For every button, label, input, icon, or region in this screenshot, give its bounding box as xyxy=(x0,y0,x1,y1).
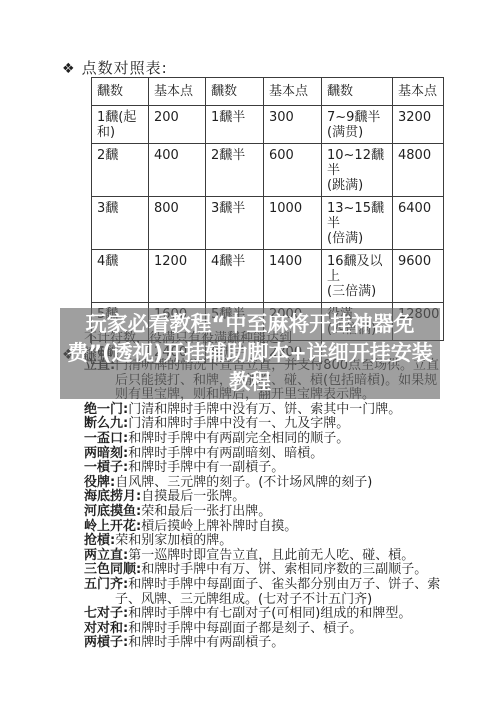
rule-term: 一盃口: xyxy=(84,431,128,446)
rule-item: 两槓子:和牌时手牌中有两副槓子。 xyxy=(84,636,450,651)
diamond-bullet-icon: ❖ xyxy=(62,61,76,77)
rule-item: 七对子:和牌时手牌中有七副对子(可相同)组成的和牌型。 xyxy=(84,607,450,622)
table-cell: 4飜 xyxy=(92,250,149,303)
points-table-header-row: 飜数基本点飜数基本点飜数基本点 xyxy=(92,78,444,106)
rule-term: 两立直: xyxy=(84,548,128,563)
table-cell: 9600 xyxy=(393,250,444,303)
rule-term: 两暗刻: xyxy=(84,446,128,461)
rule-definition: 和牌时手牌中有两副暗刻、暗槓。 xyxy=(128,446,323,461)
rule-definition: 和牌时手牌中每副面子、雀头都分别由万子、饼子、索子、风牌、三元牌组成。(七对子不… xyxy=(115,577,440,607)
table-row: 2飜4002飜半60010~12飜半 (跳满)4800 xyxy=(92,144,444,197)
rule-term: 五门齐: xyxy=(84,577,128,592)
table-cell: 1000 xyxy=(264,197,322,250)
table-cell: 7~9飜半 (满贯) xyxy=(322,106,393,144)
rule-term: 两槓子: xyxy=(84,635,128,650)
rule-definition: 和牌时手牌中有一副槓子。 xyxy=(128,460,284,475)
rule-item: 河底摸鱼:荣和最后一张打出牌。 xyxy=(84,505,450,520)
table-row: 3飜8003飜半100013~15飜半 (倍满)6400 xyxy=(92,197,444,250)
rule-definition: 和牌时手牌中有七副对子(可相同)组成的和牌型。 xyxy=(128,606,411,621)
rule-definition: 门清和牌时手牌中没有万、饼、索其中一门牌。 xyxy=(128,402,401,417)
table-cell: 4飜半 xyxy=(206,250,264,303)
table-cell: 1400 xyxy=(264,250,322,303)
table-cell: 2飜 xyxy=(92,144,149,197)
points-table-header-cell: 飜数 xyxy=(322,78,393,106)
document-page: ❖点数对照表: 飜数基本点飜数基本点飜数基本点 1飜(起和)2001飜半3007… xyxy=(0,0,500,707)
rule-definition: 荣和最后一张打出牌。 xyxy=(141,504,271,519)
rule-term: 绝一门: xyxy=(84,402,128,417)
points-table-header-cell: 基本点 xyxy=(264,78,322,106)
table-cell: 3200 xyxy=(393,106,444,144)
table-cell: 13~15飜半 (倍满) xyxy=(322,197,393,250)
rule-item: 海底捞月:自摸最后一张牌。 xyxy=(84,490,450,505)
table-cell: 400 xyxy=(149,144,206,197)
table-cell: 10~12飜半 (跳满) xyxy=(322,144,393,197)
points-table-header-cell: 基本点 xyxy=(149,78,206,106)
rule-definition: 和牌时手牌中有两副完全相同的顺子。 xyxy=(128,431,349,446)
rule-definition: 和牌时手牌中有两副槓子。 xyxy=(128,635,284,650)
watermark-text: 玩家必看教程“中至麻将开挂神器免费”(透视)开挂辅助脚本+详细开挂安装教程 xyxy=(64,310,436,397)
rule-definition: 荣和别家加槓的牌。 xyxy=(115,533,232,548)
rule-definition: 槓后摸岭上牌补牌时自摸。 xyxy=(141,519,297,534)
rule-term: 役牌: xyxy=(84,475,115,490)
points-table-header-cell: 飜数 xyxy=(92,78,149,106)
rule-definition: 第一巡牌时即宣告立直，且此前无人吃、碰、槓。 xyxy=(128,548,414,563)
rule-item: 断么九:门清和牌时手牌中没有一、九及字牌。 xyxy=(84,417,450,432)
rule-term: 海底捞月: xyxy=(84,489,141,504)
rule-term: 断么九: xyxy=(84,416,128,431)
rule-term: 七对子: xyxy=(84,606,128,621)
table-row: 4飜12004飜半140016飜及以上 (三倍满)9600 xyxy=(92,250,444,303)
table-cell: 300 xyxy=(264,106,322,144)
rule-term: 河底摸鱼: xyxy=(84,504,141,519)
rule-term: 抢槓: xyxy=(84,533,115,548)
table-cell: 4800 xyxy=(393,144,444,197)
rule-item: 一盃口:和牌时手牌中有两副完全相同的顺子。 xyxy=(84,432,450,447)
rule-definition: 门清和牌时手牌中没有一、九及字牌。 xyxy=(128,416,349,431)
table-row: 1飜(起和)2001飜半3007~9飜半 (满贯)3200 xyxy=(92,106,444,144)
rule-item: 三色同顺:和牌时手牌中有万、饼、索相同序数的三副顺子。 xyxy=(84,563,450,578)
watermark-overlay: 玩家必看教程“中至麻将开挂神器免费”(透视)开挂辅助脚本+详细开挂安装教程 xyxy=(60,308,440,399)
points-table-heading: ❖点数对照表: xyxy=(62,57,168,78)
table-cell: 1飜(起和) xyxy=(92,106,149,144)
rules-list: 立直:门清听牌的情况下宣告立直，并支付800点至场供。立直后只能摸打、和牌，不能… xyxy=(84,359,450,651)
points-table-header-cell: 飜数 xyxy=(206,78,264,106)
table-cell: 2飜半 xyxy=(206,144,264,197)
table-cell: 16飜及以上 (三倍满) xyxy=(322,250,393,303)
rule-definition: 和牌时手牌中有万、饼、索相同序数的三副顺子。 xyxy=(141,562,427,577)
table-cell: 600 xyxy=(264,144,322,197)
rule-term: 岭上开花: xyxy=(84,519,141,534)
rule-item: 一槓子:和牌时手牌中有一副槓子。 xyxy=(84,461,450,476)
rule-definition: 自风牌、三元牌的刻子。(不计场风牌的刻子) xyxy=(115,475,372,490)
points-table-header-cell: 基本点 xyxy=(393,78,444,106)
rule-item: 五门齐:和牌时手牌中每副面子、雀头都分别由万子、饼子、索子、风牌、三元牌组成。(… xyxy=(84,578,450,607)
rule-term: 三色同顺: xyxy=(84,562,141,577)
table-cell: 3飜半 xyxy=(206,197,264,250)
table-cell: 1200 xyxy=(149,250,206,303)
table-cell: 1飜半 xyxy=(206,106,264,144)
table-cell: 200 xyxy=(149,106,206,144)
rule-term: 一槓子: xyxy=(84,460,128,475)
rule-item: 抢槓:荣和别家加槓的牌。 xyxy=(84,534,450,549)
rule-definition: 自摸最后一张牌。 xyxy=(141,489,245,504)
points-table-heading-label: 点数对照表: xyxy=(82,59,168,77)
rule-item: 岭上开花:槓后摸岭上牌补牌时自摸。 xyxy=(84,520,450,535)
rule-definition: 和牌时手牌中每副面子都是刻子、槓子。 xyxy=(128,621,362,636)
rule-item: 两暗刻:和牌时手牌中有两副暗刻、暗槓。 xyxy=(84,447,450,462)
rule-term: 对对和: xyxy=(84,621,128,636)
table-cell: 800 xyxy=(149,197,206,250)
table-cell: 6400 xyxy=(393,197,444,250)
table-cell: 3飜 xyxy=(92,197,149,250)
